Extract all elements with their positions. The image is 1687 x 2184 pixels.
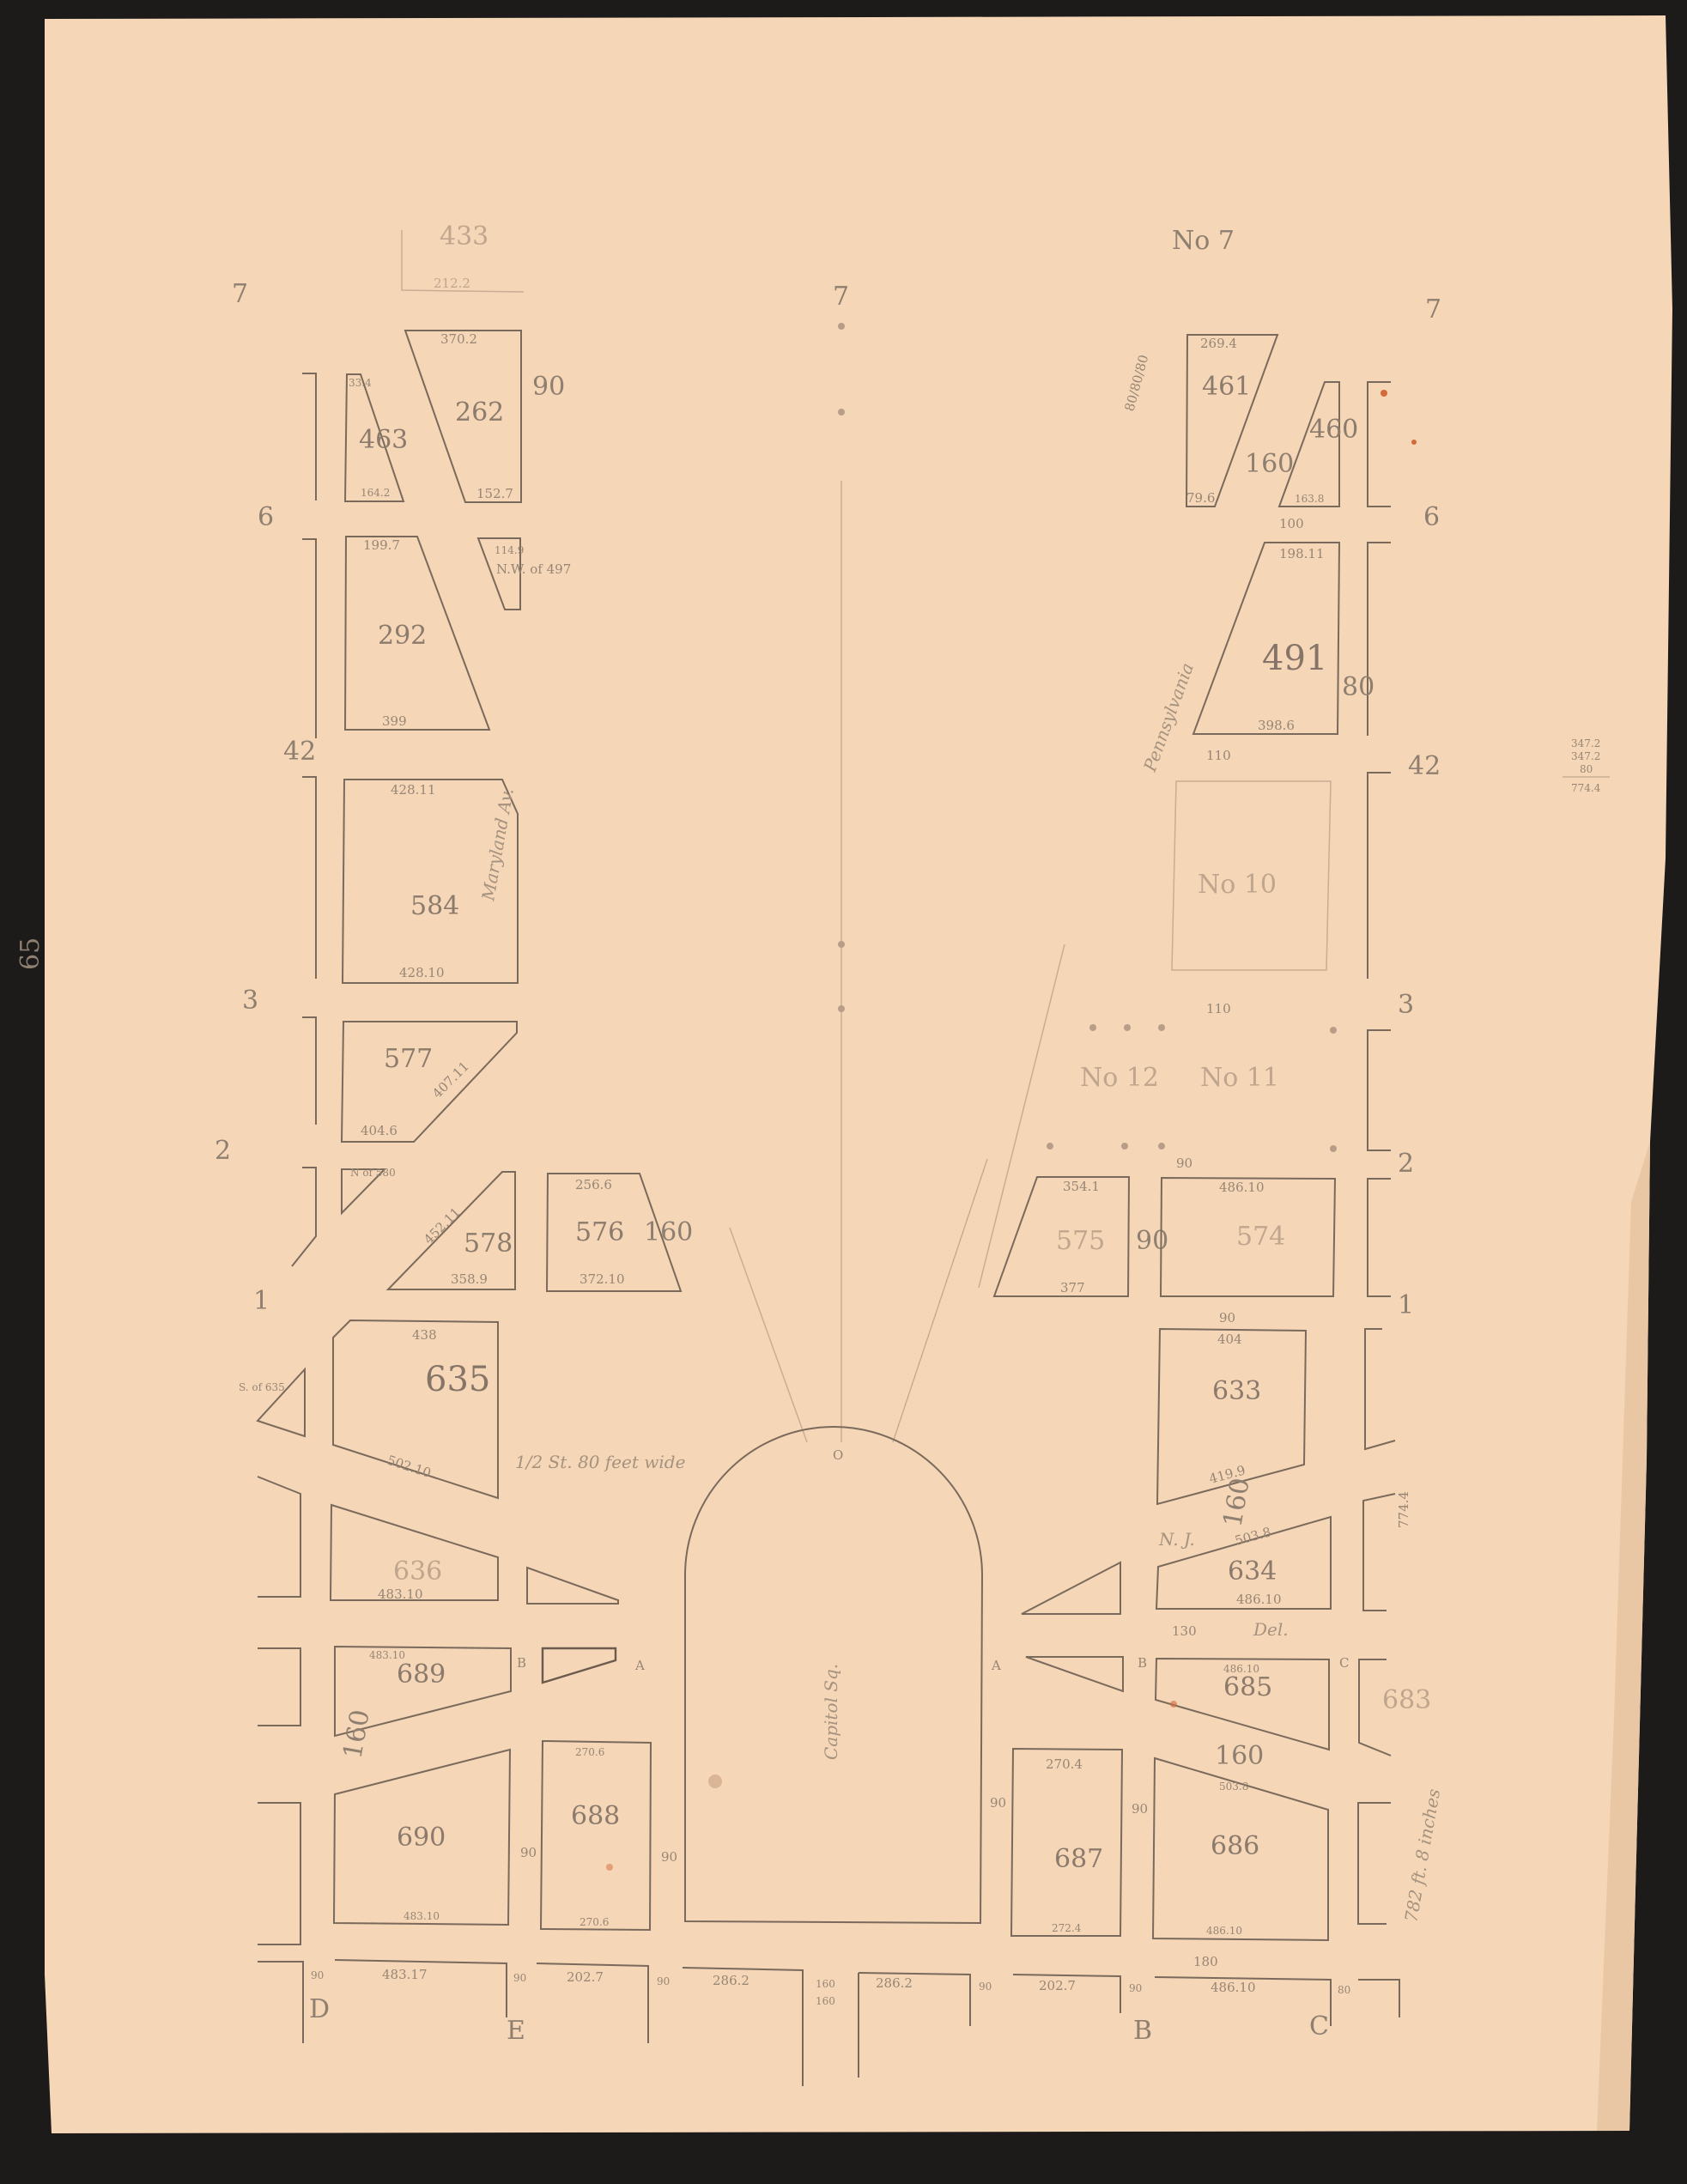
- street-width-160-right-lower: 160: [1215, 1741, 1264, 1771]
- svg-text:491: 491: [1262, 639, 1327, 678]
- street-width-90-right-b: 90: [1132, 1801, 1148, 1817]
- svg-text:438: 438: [412, 1327, 437, 1343]
- svg-text:80: 80: [1338, 1984, 1350, 1996]
- svg-text:163.8: 163.8: [1295, 493, 1324, 505]
- svg-text:No 12: No 12: [1080, 1063, 1159, 1093]
- svg-text:354.1: 354.1: [1063, 1179, 1100, 1194]
- svg-text:433: 433: [440, 221, 489, 252]
- note-delaware: Del.: [1253, 1619, 1289, 1640]
- street-width-160-upper: 160: [644, 1217, 693, 1247]
- svg-text:486.10: 486.10: [1236, 1592, 1282, 1607]
- svg-text:212.2: 212.2: [434, 276, 470, 291]
- bottom-lot-286-2-right: 286.2: [876, 1975, 913, 1991]
- svg-text:686: 686: [1211, 1831, 1259, 1861]
- svg-text:483.10: 483.10: [404, 1910, 440, 1922]
- street-label-c: C: [1309, 2011, 1329, 2041]
- bottom-lot-202-7-right: 202.7: [1039, 1978, 1076, 1993]
- street-width-100: 100: [1279, 516, 1304, 531]
- street-label-e: E: [507, 2016, 525, 2046]
- svg-text:636: 636: [393, 1556, 442, 1586]
- street-label-42-left: 42: [283, 737, 316, 767]
- svg-text:358.9: 358.9: [451, 1271, 488, 1287]
- street-label-7-left: 7: [232, 279, 248, 309]
- street-width-90-lower: 90: [1219, 1310, 1235, 1326]
- svg-text:152.7: 152.7: [476, 486, 513, 501]
- street-label-1-left: 1: [253, 1286, 270, 1316]
- svg-text:256.6: 256.6: [575, 1177, 612, 1192]
- street-width-80-right: 80: [1342, 672, 1374, 702]
- street-width-90-top: 90: [532, 372, 565, 402]
- svg-text:No 10: No 10: [1198, 870, 1277, 900]
- svg-text:269.4: 269.4: [1200, 336, 1237, 351]
- svg-text:199.7: 199.7: [363, 537, 400, 553]
- svg-text:576: 576: [575, 1217, 624, 1247]
- svg-text:33.4: 33.4: [349, 377, 372, 389]
- svg-text:690: 690: [397, 1823, 446, 1853]
- svg-text:774.4: 774.4: [1571, 782, 1601, 794]
- svg-text:347.2: 347.2: [1571, 750, 1600, 762]
- svg-text:270.4: 270.4: [1046, 1756, 1083, 1772]
- svg-text:90: 90: [657, 1975, 670, 1987]
- svg-text:483.10: 483.10: [378, 1586, 423, 1602]
- svg-text:90: 90: [513, 1972, 526, 1984]
- label-b-right: B: [1138, 1655, 1147, 1671]
- svg-text:486.10: 486.10: [1223, 1663, 1259, 1675]
- bottom-lot-286-2-left: 286.2: [713, 1973, 749, 1988]
- svg-text:292: 292: [378, 621, 427, 651]
- svg-text:575: 575: [1056, 1226, 1105, 1256]
- street-label-2-left: 2: [215, 1136, 231, 1166]
- square-no-12[interactable]: No 12: [1080, 1063, 1159, 1093]
- svg-text:578: 578: [464, 1228, 513, 1259]
- street-width-110-a: 110: [1206, 748, 1231, 763]
- svg-text:Capitol Sq.: Capitol Sq.: [821, 1664, 841, 1760]
- square-683[interactable]: 683: [1382, 1685, 1431, 1715]
- svg-text:79.6: 79.6: [1186, 490, 1215, 506]
- street-label-3-right: 3: [1398, 990, 1414, 1020]
- svg-text:272.4: 272.4: [1052, 1922, 1082, 1934]
- note-half-street: 1/2 St. 80 feet wide: [515, 1452, 685, 1472]
- note-new-jersey: N. J.: [1158, 1529, 1195, 1550]
- svg-text:634: 634: [1228, 1556, 1277, 1586]
- svg-text:90: 90: [311, 1969, 324, 1981]
- svg-text:N of 580: N of 580: [350, 1167, 396, 1179]
- svg-text:No 11: No 11: [1200, 1063, 1279, 1093]
- svg-text:486.10: 486.10: [1206, 1925, 1242, 1937]
- street-label-6-right: 6: [1423, 502, 1440, 532]
- svg-text:160: 160: [816, 1978, 835, 1990]
- svg-text:114.9: 114.9: [495, 544, 524, 556]
- svg-text:428.11: 428.11: [391, 782, 436, 798]
- svg-text:688: 688: [571, 1801, 620, 1831]
- svg-text:S. of 635: S. of 635: [239, 1381, 285, 1393]
- svg-text:398.6: 398.6: [1258, 718, 1295, 733]
- street-width-110-b: 110: [1206, 1001, 1231, 1016]
- svg-text:483.10: 483.10: [369, 1649, 405, 1661]
- label-c-right: C: [1339, 1655, 1349, 1671]
- svg-text:198.11: 198.11: [1279, 546, 1325, 561]
- street-label-b: B: [1133, 2016, 1152, 2046]
- svg-text:90: 90: [1129, 1982, 1142, 1994]
- street-label-7-center: 7: [833, 282, 849, 312]
- svg-text:428.10: 428.10: [399, 965, 445, 980]
- dim-774-4: 774.4: [1396, 1491, 1411, 1528]
- street-label-3-left: 3: [242, 986, 258, 1016]
- street-label-1-right: 1: [1398, 1290, 1414, 1320]
- svg-text:635: 635: [425, 1360, 490, 1399]
- bottom-lot-486-10: 486.10: [1211, 1980, 1256, 1995]
- svg-text:370.2: 370.2: [440, 331, 477, 347]
- svg-text:574: 574: [1236, 1222, 1285, 1252]
- label-a-left: A: [634, 1658, 645, 1673]
- svg-text:633: 633: [1212, 1376, 1261, 1406]
- svg-text:689: 689: [397, 1659, 446, 1690]
- street-label-7-right: 7: [1425, 294, 1441, 325]
- svg-text:164.2: 164.2: [361, 487, 390, 499]
- svg-text:404: 404: [1217, 1332, 1242, 1347]
- street-label-2-right: 2: [1398, 1149, 1414, 1179]
- street-width-90-mid: 90: [1136, 1226, 1168, 1256]
- square-no-11[interactable]: No 11: [1200, 1063, 1279, 1093]
- svg-text:687: 687: [1054, 1844, 1103, 1874]
- street-width-130: 130: [1172, 1623, 1197, 1639]
- svg-text:N.W. of 497: N.W. of 497: [496, 561, 571, 577]
- street-width-90-left: 90: [520, 1845, 537, 1860]
- svg-text:685: 685: [1223, 1672, 1272, 1702]
- svg-text:160: 160: [816, 1995, 835, 2007]
- street-label-6-left: 6: [258, 502, 274, 532]
- svg-text:270.6: 270.6: [580, 1916, 609, 1928]
- street-width-90-right-a: 90: [990, 1795, 1006, 1811]
- street-label-d: D: [309, 1994, 330, 2024]
- bottom-lot-202-7-left: 202.7: [567, 1969, 604, 1985]
- street-label-42-right: 42: [1408, 751, 1441, 781]
- svg-text:347.2: 347.2: [1571, 737, 1600, 749]
- svg-text:270.6: 270.6: [575, 1746, 604, 1758]
- survey-map-sheet: 433 212.2 463 33.4 164.2 262 370.2 152.7…: [0, 0, 1687, 2184]
- label-a-right: A: [991, 1658, 1001, 1673]
- svg-text:461: 461: [1202, 372, 1251, 402]
- svg-text:404.6: 404.6: [361, 1123, 397, 1138]
- svg-text:262: 262: [455, 397, 504, 428]
- survey-mark-top: O: [833, 1447, 843, 1463]
- svg-text:584: 584: [410, 891, 459, 921]
- title-no-7: No 7: [1172, 226, 1235, 256]
- bottom-lot-483-17: 483.17: [382, 1967, 428, 1982]
- svg-text:460: 460: [1309, 415, 1358, 445]
- svg-text:372.10: 372.10: [580, 1271, 625, 1287]
- svg-text:80: 80: [1580, 763, 1593, 775]
- label-b-left: B: [517, 1655, 526, 1671]
- street-width-90-upper: 90: [1176, 1156, 1192, 1171]
- svg-text:463: 463: [359, 425, 408, 455]
- svg-text:90: 90: [979, 1981, 992, 1993]
- street-width-180: 180: [1193, 1954, 1218, 1969]
- svg-text:577: 577: [384, 1044, 433, 1074]
- svg-text:377: 377: [1060, 1280, 1085, 1295]
- street-width-160-top-right: 160: [1245, 449, 1294, 479]
- street-width-90-center-left: 90: [661, 1849, 677, 1865]
- svg-text:399: 399: [382, 713, 407, 729]
- margin-mark-65: 65: [15, 937, 46, 970]
- svg-text:486.10: 486.10: [1219, 1180, 1265, 1195]
- svg-text:503.8: 503.8: [1219, 1781, 1248, 1793]
